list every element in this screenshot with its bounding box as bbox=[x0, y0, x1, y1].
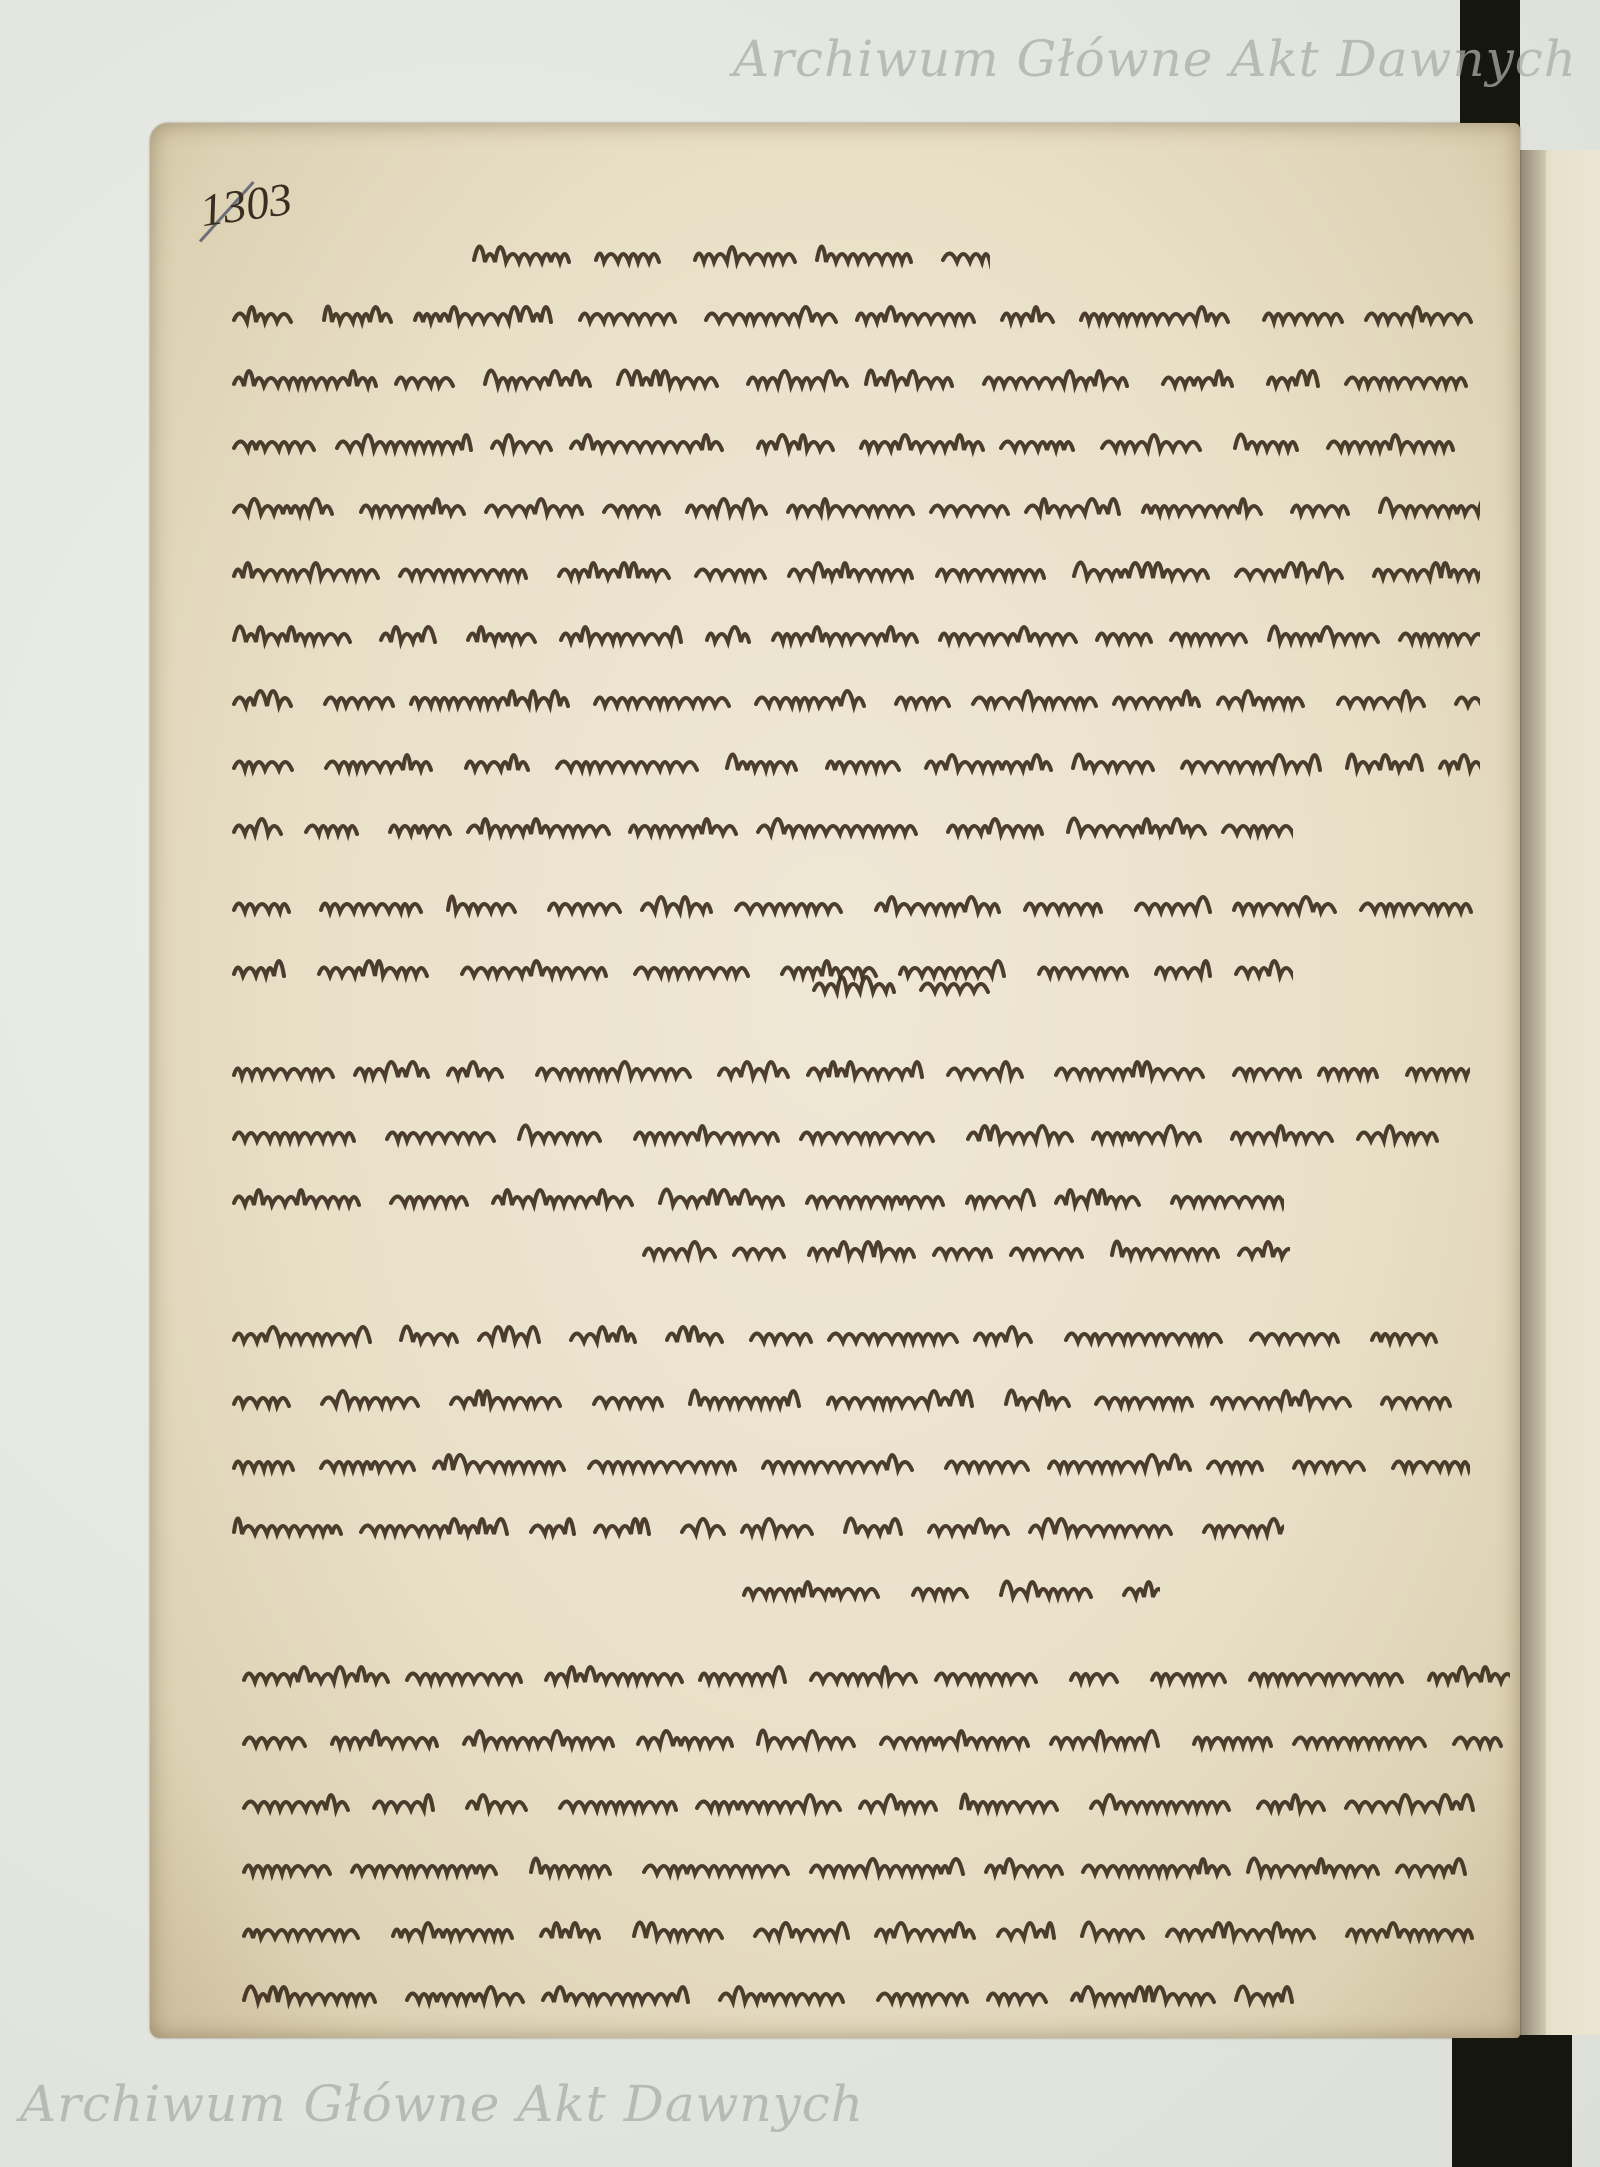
paragraph-2-line bbox=[230, 1173, 1284, 1217]
heading-1-line bbox=[470, 230, 990, 274]
paragraph-1-line bbox=[230, 738, 1480, 782]
paragraph-1-line bbox=[230, 802, 1293, 846]
page-gutter-shadow bbox=[1520, 150, 1546, 2035]
watermark-top: Archiwum Główne Akt Dawnych bbox=[733, 30, 1577, 88]
paragraph-3-line bbox=[230, 1310, 1470, 1354]
paragraph-3-line bbox=[230, 1502, 1284, 1546]
paragraph-4-line bbox=[240, 1842, 1510, 1886]
paragraph-4-line bbox=[240, 1714, 1510, 1758]
watermark-bottom: Archiwum Główne Akt Dawnych bbox=[20, 2075, 864, 2133]
paragraph-4-line bbox=[240, 1650, 1510, 1694]
paragraph-3-line bbox=[230, 1438, 1470, 1482]
paragraph-4-line bbox=[240, 1778, 1510, 1822]
paragraph-4-line bbox=[240, 1906, 1510, 1950]
paragraph-1-line bbox=[230, 610, 1480, 654]
binding-clip-bottom bbox=[1452, 2030, 1572, 2167]
paragraph-1-tail-line bbox=[230, 880, 1480, 924]
paragraph-1-line bbox=[230, 290, 1480, 334]
subheading-1-line bbox=[810, 960, 1010, 1004]
paragraph-3-line bbox=[230, 1374, 1470, 1418]
paragraph-4-line bbox=[240, 1970, 1320, 2014]
subheading-2-line bbox=[640, 1225, 1290, 1269]
subheading-3-line bbox=[740, 1565, 1160, 1609]
paragraph-1-line bbox=[230, 418, 1480, 462]
paragraph-1-tail-line bbox=[230, 944, 1293, 988]
paragraph-1-line bbox=[230, 546, 1480, 590]
paragraph-1-line bbox=[230, 674, 1480, 718]
paragraph-1-line bbox=[230, 482, 1480, 526]
paragraph-2-line bbox=[230, 1045, 1470, 1089]
paragraph-1-line bbox=[230, 354, 1480, 398]
paragraph-2-line bbox=[230, 1109, 1470, 1153]
